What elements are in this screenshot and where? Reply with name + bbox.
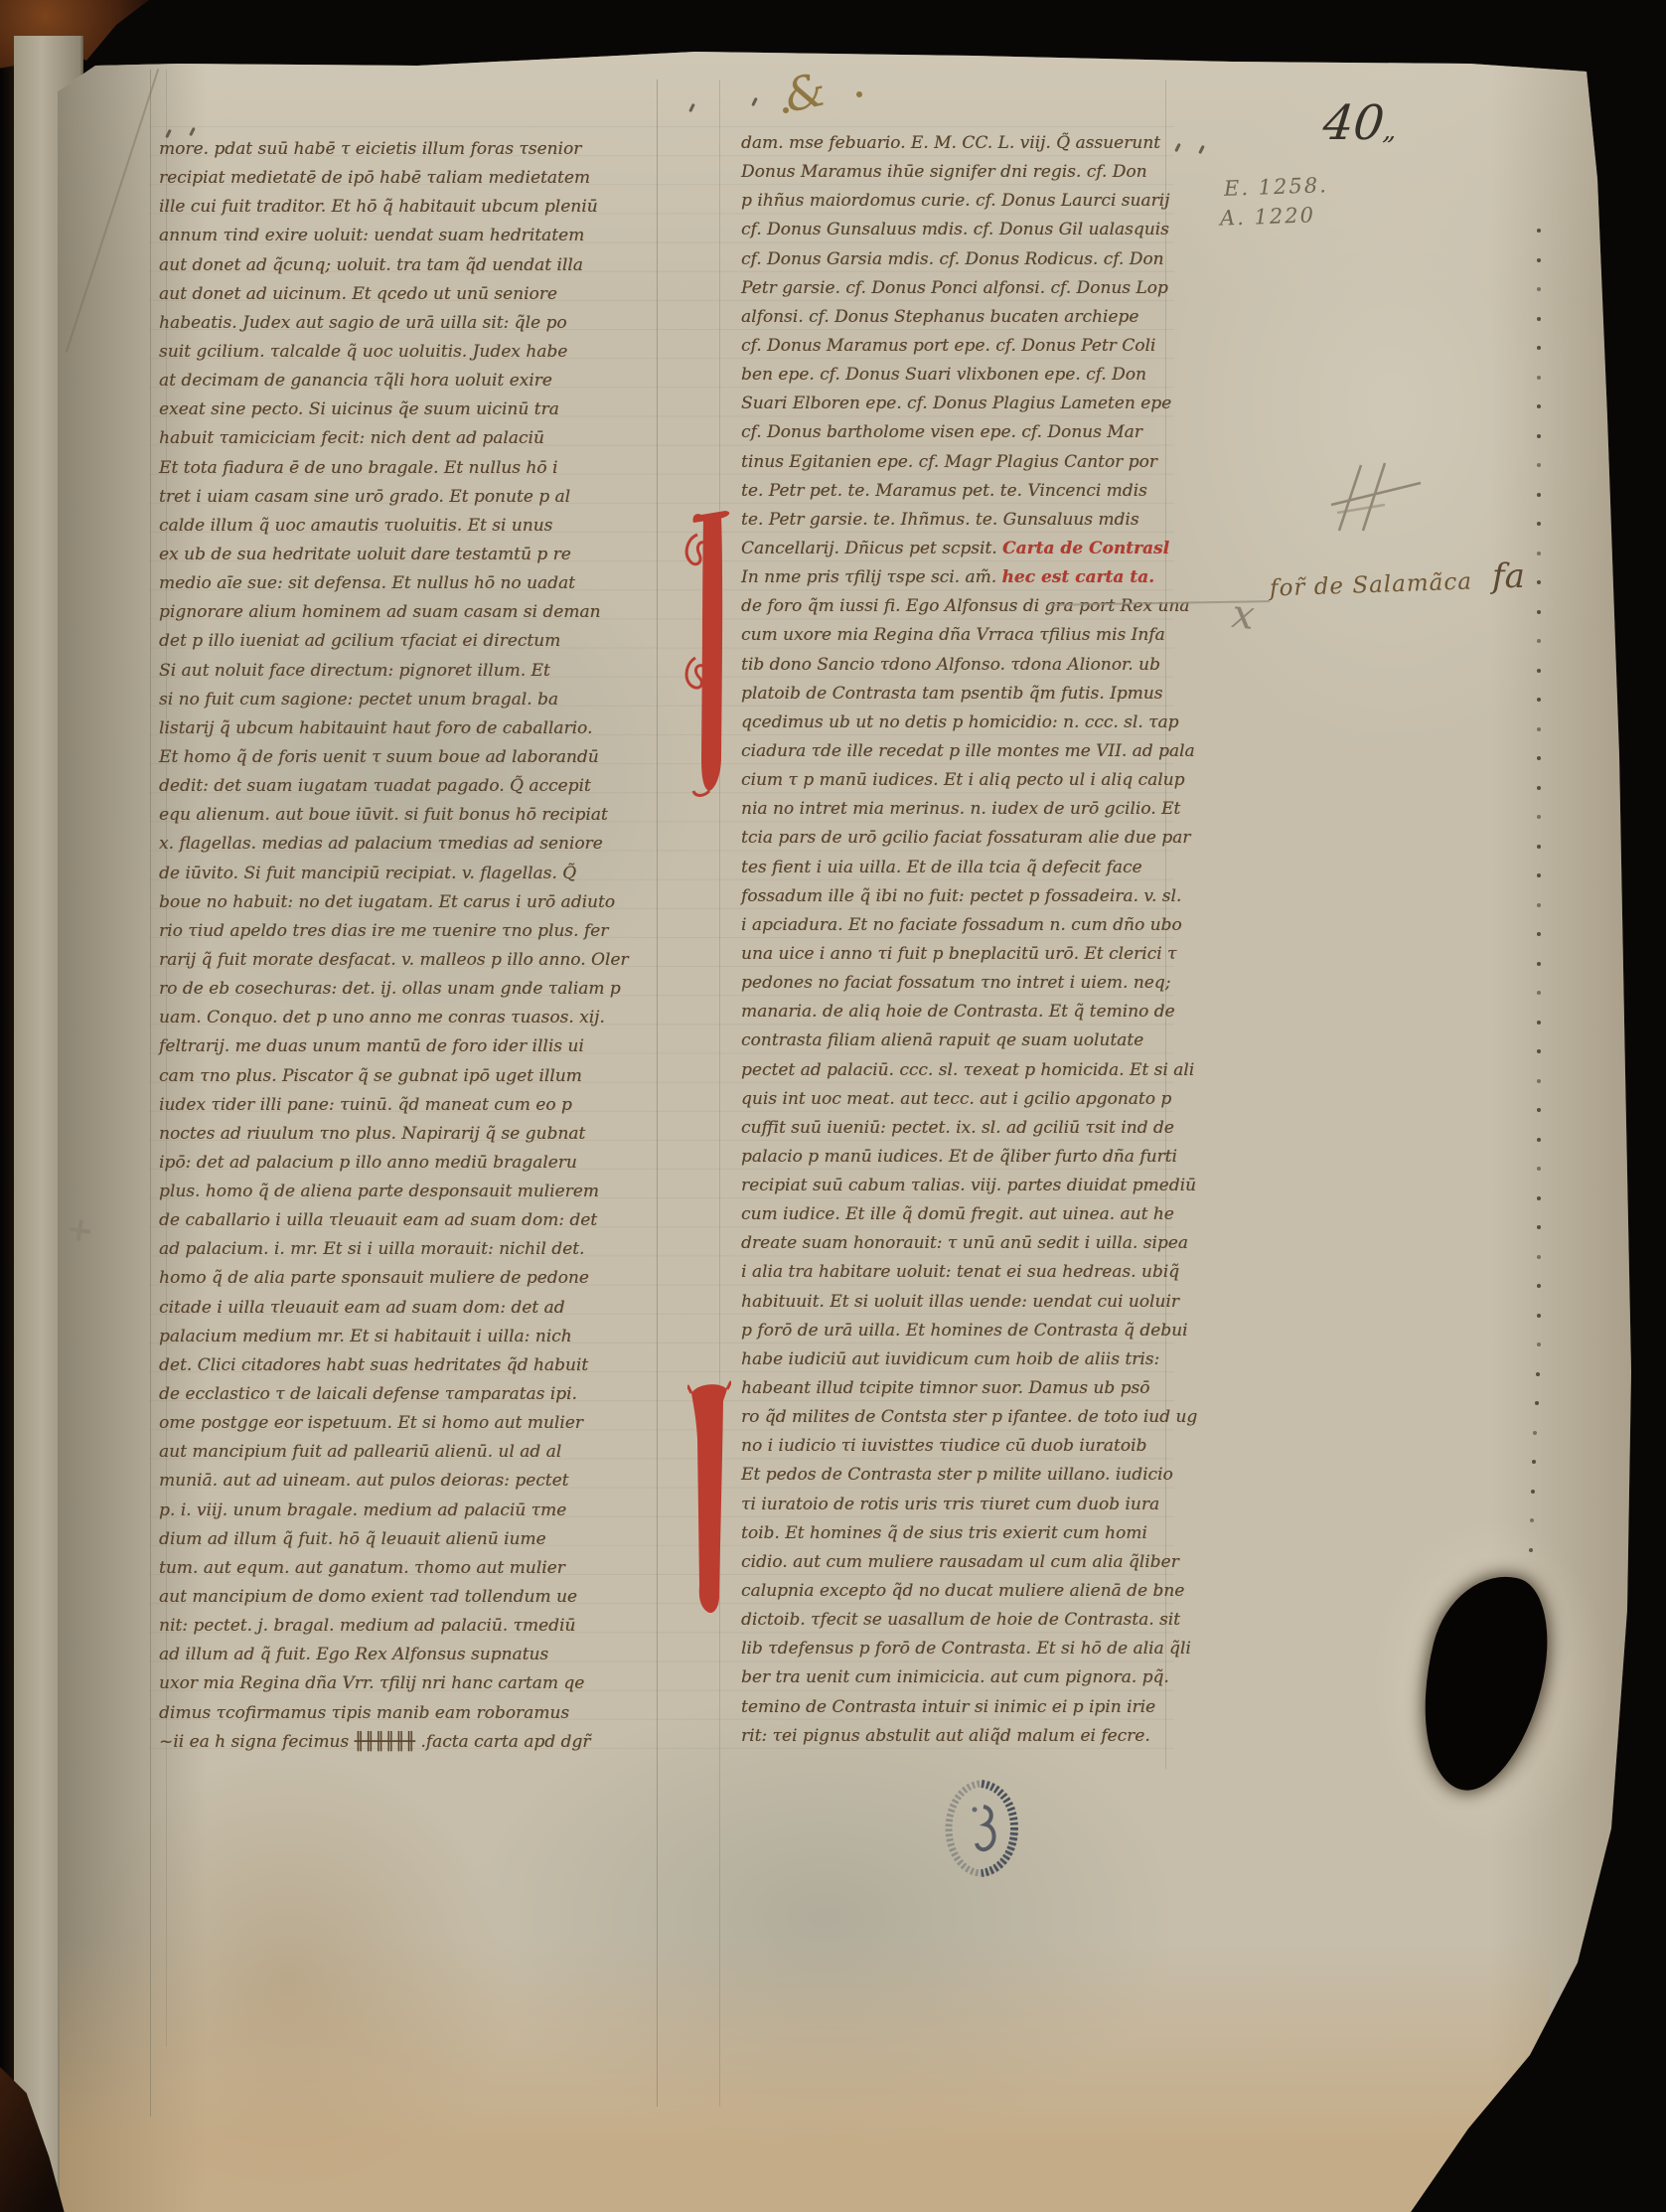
pricking-hole <box>1537 1314 1541 1318</box>
parchment-stain <box>60 1749 517 2212</box>
manuscript-line: tret i uiam casam sine urō grado. Et pon… <box>159 483 661 512</box>
manuscript-line: calupnia excepto q̃d no ducat muliere al… <box>741 1577 1166 1606</box>
manuscript-line: dedit: det suam iugatam τuadat pagado. Q… <box>159 772 661 801</box>
manuscript-line: ad illum ad q̃ fuit. Ego Rex Alfonsus su… <box>159 1641 661 1669</box>
manuscript-line: homo q̃ de alia parte sponsauit muliere … <box>159 1264 661 1293</box>
manuscript-line: de iūvito. Si fuit mancipiū recipiat. v.… <box>159 860 661 888</box>
manuscript-line: qcedimus ub ut no detis p homicidio: n. … <box>741 709 1166 737</box>
manuscript-line: Et tota fiadura ē de uno bragale. Et nul… <box>159 454 661 483</box>
library-stamp <box>942 1777 1021 1880</box>
manuscript-line: alfonsi. cf. Donus Stephanus bucaten arc… <box>741 303 1166 332</box>
manuscript-line: i alia tra habitare uoluit: tenat ei sua… <box>741 1258 1166 1287</box>
manuscript-line: de ecclastico τ de laicali defense τampa… <box>159 1380 661 1409</box>
manuscript-line: noctes ad riuulum τno plus. Napirarij q̃… <box>159 1120 661 1149</box>
flourish-dot <box>856 91 862 97</box>
text-column-left: more. pdat suū habē τ eicietis illum for… <box>159 135 661 1757</box>
manuscript-line: plus. homo q̃ de aliena parte desponsaui… <box>159 1178 661 1206</box>
manuscript-line: muniā. aut ad uineam. aut pulos deioras:… <box>159 1467 661 1496</box>
manuscript-line: si no fuit cum sagione: pectet unum brag… <box>159 686 661 714</box>
manuscript-line: listarij q̃ ubcum habitauint haut foro d… <box>159 714 661 743</box>
ink-speck <box>1174 143 1181 152</box>
pricking-hole <box>1537 287 1541 291</box>
manuscript-line: ome postgge eor ispetuum. Et si homo aut… <box>159 1409 661 1438</box>
pricking-hole <box>1537 552 1541 555</box>
manuscript-line: fossadum ille q̃ ibi no fuit: pectet p f… <box>741 882 1166 911</box>
manuscript-line: cum iudice. Et ille q̃ domū fregit. aut … <box>741 1200 1166 1229</box>
manuscript-line: ro q̃d milites de Contsta ster p ifantee… <box>741 1403 1166 1432</box>
manuscript-line: temino de Contrasta intuir si inimic ei … <box>741 1693 1166 1722</box>
manuscript-line: ex ub de sua hedritate uoluit dare testa… <box>159 541 661 569</box>
manuscript-line: recipiat suū cabum τalias. viij. partes … <box>741 1172 1166 1200</box>
pricking-hole <box>1537 493 1541 497</box>
manuscript-line: ciadura τde ille recedat p ille montes m… <box>741 737 1166 766</box>
manuscript-line: calde illum q̃ uoc amautis τuoluitis. Et… <box>159 512 661 541</box>
manuscript-line: p. i. viij. unum bragale. medium ad pala… <box>159 1497 661 1525</box>
pricking-hole <box>1537 903 1541 907</box>
manuscript-line: te. Petr pet. te. Maramus pet. te. Vince… <box>741 477 1166 506</box>
manuscript-line: dium ad illum q̃ fuit. hō q̃ leuauit ali… <box>159 1525 661 1554</box>
manuscript-line: rit: τei pignus abstulit aut aliq̃d malu… <box>741 1722 1166 1751</box>
manuscript-line: rio τiud apeldo tres dias ire me τuenire… <box>159 917 661 946</box>
manuscript-line: palacio p manū iudices. Et de q̃liber fu… <box>741 1143 1166 1172</box>
margin-note-fa: fa <box>1492 556 1525 596</box>
manuscript-line: tinus Egitanien epe. cf. Magr Plagius Ca… <box>741 448 1166 477</box>
pricking-hole <box>1537 1255 1541 1259</box>
parchment-shade <box>1142 60 1639 755</box>
pricking-hole <box>1537 522 1541 526</box>
manuscript-line: manaria. de aliq hoie de Contrasta. Et q… <box>741 998 1166 1027</box>
pricking-hole <box>1537 727 1541 731</box>
pricking-hole <box>1537 376 1541 380</box>
manuscript-line: toib. Et homines q̃ de sius tris exierit… <box>741 1519 1166 1548</box>
pricking-hole <box>1537 1343 1541 1346</box>
manuscript-line: p ihñus maiordomus curie. cf. Donus Laur… <box>741 187 1166 216</box>
illuminated-initial-I-flourished <box>682 509 745 799</box>
folio-flourish: „ <box>1382 116 1397 146</box>
pricking-hole <box>1537 756 1541 760</box>
manuscript-line: habe iudiciū aut iuvidicum cum hoib de a… <box>741 1345 1166 1374</box>
manuscript-line: cum uxore mia Regina dña Vrraca τfilius … <box>741 621 1166 650</box>
quire-signature-flourish: & <box>780 62 831 122</box>
flourish-dot <box>783 107 789 113</box>
manuscript-line: In nme pris τfilij τspe sci. am̃. hec es… <box>741 563 1166 592</box>
pricking-hole <box>1537 258 1541 262</box>
manuscript-line: no i iudicio τi iuvisttes τiudice cū duo… <box>741 1432 1166 1461</box>
manuscript-line: tes fient i uia uilla. Et de illa tcia q… <box>741 854 1166 882</box>
manuscript-line: ad palacium. i. mr. Et si i uilla moraui… <box>159 1235 661 1264</box>
rubric-red-text: Carta de Contrasl <box>1002 539 1169 558</box>
pricking-hole <box>1537 1284 1541 1288</box>
manuscript-line: i apciadura. Et no faciate fossadum n. c… <box>741 911 1166 940</box>
ruling-line <box>150 70 151 2117</box>
manuscript-line: boue no habuit: no det iugatam. Et carus… <box>159 888 661 917</box>
text-column-right: dam. mse febuario. E. M. CC. L. viij. Q̃… <box>741 129 1166 1751</box>
manuscript-line: dam. mse febuario. E. M. CC. L. viij. Q̃… <box>741 129 1166 158</box>
pricking-hole <box>1537 1079 1541 1083</box>
manuscript-line: feltrarij. me duas unum mantū de foro id… <box>159 1032 661 1061</box>
manuscript-line: uxor mia Regina dña Vrr. τfilij nri hanc… <box>159 1669 661 1698</box>
manuscript-line: contrasta filiam alienā rapuit qe suam u… <box>741 1027 1166 1055</box>
manuscript-line: cuffit suū iueniū: pectet. ix. sl. ad gc… <box>741 1114 1166 1143</box>
pricking-hole <box>1537 845 1541 849</box>
manuscript-line: aut donet ad uicinum. Et qcedo ut unū se… <box>159 280 661 309</box>
pricking-hole <box>1537 1167 1541 1171</box>
manuscript-line: Petr garsie. cf. Donus Ponci alfonsi. cf… <box>741 274 1166 303</box>
manuscript-line: Et homo q̃ de foris uenit τ suum boue ad… <box>159 743 661 772</box>
manuscript-line: ro de eb cosechuras: det. ij. ollas unam… <box>159 975 661 1004</box>
manuscript-line: annum τind exire uoluit: uendat suam hed… <box>159 222 661 250</box>
manuscript-line: Et pedos de Contrasta ster p milite uill… <box>741 1461 1166 1490</box>
pricking-hole <box>1537 346 1541 350</box>
manuscript-line: ber tra uenit cum inimicicia. aut cum pi… <box>741 1663 1166 1692</box>
manuscript-line: det p illo iueniat ad gcilium τfaciat ei… <box>159 627 661 656</box>
pricking-hole <box>1537 669 1541 673</box>
manuscript-line: cf. Donus Maramus port epe. cf. Donus Pe… <box>741 332 1166 361</box>
manuscript-line: ille cui fuit traditor. Et hō q̃ habitau… <box>159 193 661 222</box>
manuscript-line: cf. Donus Garsia mdis. cf. Donus Rodicus… <box>741 245 1166 274</box>
manuscript-line: rarij q̃ fuit morate desfacat. v. malleo… <box>159 946 661 975</box>
manuscript-line: nit: pectet. j. bragal. medium ad palaci… <box>159 1612 661 1641</box>
ruling-line <box>719 79 720 2107</box>
pricking-hole <box>1533 1431 1537 1435</box>
manuscript-line: det. Clici citadores habt suas hedritate… <box>159 1351 661 1380</box>
pricking-hole <box>1530 1518 1534 1522</box>
manuscript-line: uam. Conquo. det p uno anno me conras τu… <box>159 1004 661 1032</box>
pricking-hole <box>1537 463 1541 467</box>
margin-note-salamanca: for̃ de Salamãca <box>1270 568 1473 601</box>
manuscript-line: te. Petr garsie. te. Ihñmus. te. Gunsalu… <box>741 506 1166 535</box>
manuscript-line: dictoib. τfecit se uasallum de hoie de C… <box>741 1606 1166 1635</box>
edge-shadow <box>1490 0 1634 2212</box>
pricking-hole <box>1532 1460 1536 1464</box>
manuscript-line: Si aut noluit face directum: pignoret il… <box>159 657 661 686</box>
manuscript-line: tcia pars de urō gcilio faciat fossatura… <box>741 824 1166 853</box>
manuscript-line: at decimam de ganancia τq̃li hora uoluit… <box>159 367 661 395</box>
manuscript-line: cam τno plus. Piscator q̃ se gubnat ipō … <box>159 1062 661 1091</box>
illuminated-initial-I-plain <box>687 1379 731 1620</box>
pricking-hole <box>1537 1225 1541 1229</box>
ink-speck <box>1198 145 1205 154</box>
pricking-hole <box>1537 962 1541 966</box>
manuscript-line: de foro q̃m iussi fi. Ego Alfonsus di gr… <box>741 592 1166 621</box>
manuscript-line: pignorare alium hominem ad suam casam si… <box>159 598 661 627</box>
manuscript-line: aut mancipium fuit ad palleariū alienū. … <box>159 1438 661 1467</box>
manuscript-line: platoib de Contrasta tam psentib q̃m fut… <box>741 680 1166 709</box>
pricking-hole <box>1536 1372 1540 1376</box>
manuscript-line: de caballario i uilla τleuauit eam ad su… <box>159 1206 661 1235</box>
pricking-hole <box>1537 873 1541 877</box>
manuscript-line: p forō de urā uilla. Et homines de Contr… <box>741 1317 1166 1345</box>
pricking-hole <box>1537 698 1541 702</box>
manuscript-line: tum. aut equm. aut ganatum. τhomo aut mu… <box>159 1554 661 1583</box>
manuscript-line: suit gcilium. τalcalde q̃ uoc uoluitis. … <box>159 338 661 367</box>
manuscript-line: equ alienum. aut boue iūvit. si fuit bon… <box>159 801 661 830</box>
manuscript-line: ipō: det ad palacium p illo anno mediū b… <box>159 1149 661 1178</box>
pricking-hole <box>1531 1490 1535 1494</box>
pricking-hole <box>1537 1196 1541 1200</box>
pricking-hole <box>1537 1021 1541 1025</box>
manuscript-line: habituuit. Et si uoluit illas uende: uen… <box>741 1288 1166 1317</box>
parchment-stain <box>60 1938 1550 2212</box>
manuscript-line: palacium medium mr. Et si habitauit i ui… <box>159 1323 661 1351</box>
pricking-hole <box>1537 404 1541 408</box>
margin-date-note: A. 1220 <box>1220 203 1316 230</box>
manuscript-line: citade i uilla τleuauit eam ad suam dom:… <box>159 1294 661 1323</box>
rubric-red-text: hec est carta ta. <box>1002 567 1155 587</box>
manuscript-line: cidio. aut cum muliere rausadam ul cum a… <box>741 1548 1166 1577</box>
pricking-hole <box>1537 229 1541 233</box>
pricking-hole <box>1537 991 1541 995</box>
manuscript-line: ben epe. cf. Donus Suari vlixbonen epe. … <box>741 361 1166 390</box>
pricking-hole <box>1537 932 1541 936</box>
manuscript-line: cf. Donus Gunsaluus mdis. cf. Donus Gil … <box>741 216 1166 244</box>
ink-speck <box>751 97 758 106</box>
manuscript-line: aut donet ad q̃cunq; uoluit. tra tam q̃d… <box>159 251 661 280</box>
manuscript-line: Donus Maramus ihūe signifer dni regis. c… <box>741 158 1166 187</box>
pricking-hole <box>1537 317 1541 321</box>
manuscript-line: cium τ p manū iudices. Et i aliq pecto u… <box>741 766 1166 795</box>
margin-date-note: E. 1258. <box>1224 173 1329 201</box>
manuscript-line: habeant illud tcipite timnor suor. Damus… <box>741 1374 1166 1403</box>
manuscript-line: iudex τider illi pane: τuinū. q̃d maneat… <box>159 1091 661 1120</box>
pricking-hole <box>1535 1401 1539 1405</box>
manuscript-line: aut mancipium de domo exient τad tollend… <box>159 1583 661 1612</box>
manuscript-line: medio aīe sue: sit defensa. Et nullus hō… <box>159 569 661 598</box>
margin-hash-mark <box>1327 461 1427 537</box>
manuscript-line: Suari Elboren epe. cf. Donus Plagius Lam… <box>741 390 1166 418</box>
parchment-page: more. pdat suū habē τ eicietis illum for… <box>0 0 1666 2212</box>
manuscript-line: tib dono Sancio τdono Alfonso. τdona Ali… <box>741 651 1166 680</box>
manuscript-line: dreate suam honorauit: τ unū anū sedit i… <box>741 1229 1166 1258</box>
manuscript-line: nia no intret mia merinus. n. iudex de u… <box>741 795 1166 824</box>
pricking-hole <box>1537 580 1541 584</box>
margin-plus-mark: + <box>63 1208 96 1252</box>
manuscript-line: pedones no faciat fossatum τno intret i … <box>741 969 1166 998</box>
folio-number: 40„ <box>1320 95 1398 151</box>
manuscript-line: Cancellarij. Dñicus pet scpsit. Carta de… <box>741 535 1166 563</box>
pricking-hole <box>1537 1049 1541 1053</box>
manuscript-line: dimus τcofirmamus τipis manib eam robora… <box>159 1699 661 1728</box>
manuscript-line: recipiat medietatē de ipō habē τaliam me… <box>159 164 661 193</box>
manuscript-line: una uice i anno τi fuit p bneplacitū urō… <box>741 940 1166 969</box>
manuscript-photo: more. pdat suū habē τ eicietis illum for… <box>0 0 1666 2212</box>
manuscript-line: cf. Donus bartholome visen epe. cf. Donu… <box>741 418 1166 447</box>
manuscript-line: exeat sine pecto. Si uicinus q̃e suum ui… <box>159 395 661 424</box>
pricking-hole <box>1537 610 1541 614</box>
ink-speck <box>688 103 695 112</box>
pricking-hole <box>1537 1138 1541 1142</box>
pricking-hole <box>1537 434 1541 438</box>
manuscript-line: more. pdat suū habē τ eicietis illum for… <box>159 135 661 164</box>
manuscript-line: ~ii ea h signa fecimus ╫╫╫╫╫╫ .facta car… <box>159 1728 661 1757</box>
manuscript-line: lib τdefensus p forō de Contrasta. Et si… <box>741 1635 1166 1663</box>
pricking-hole <box>1537 1108 1541 1112</box>
manuscript-line: pectet ad palaciū. ccc. sl. τexeat p hom… <box>741 1056 1166 1085</box>
pricking-hole <box>1537 815 1541 819</box>
pricking-hole <box>1537 786 1541 790</box>
manuscript-line: x. flagellas. medias ad palacium τmedias… <box>159 830 661 859</box>
manuscript-line: habeatis. Judex aut sagio de urā uilla s… <box>159 309 661 338</box>
margin-x-mark: x <box>1230 591 1257 639</box>
fold-crease <box>66 69 160 353</box>
pricking-hole <box>1537 639 1541 643</box>
manuscript-line: habuit τamiciciam fecit: nich dent ad pa… <box>159 424 661 453</box>
manuscript-line: τi iuratoio de rotis uris τris τiuret cu… <box>741 1491 1166 1519</box>
manuscript-line: quis int uoc meat. aut tecc. aut i gcili… <box>741 1085 1166 1114</box>
